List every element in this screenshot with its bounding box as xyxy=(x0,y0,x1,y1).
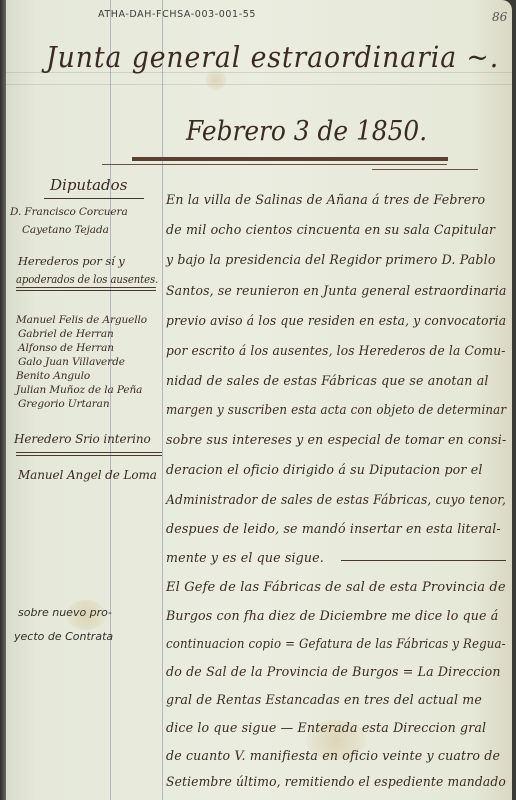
deputy-name: Cayetano Tejada xyxy=(22,224,109,236)
margin-note: yecto de Contrata xyxy=(14,630,113,643)
margin-heading-diputados: Diputados xyxy=(50,176,127,194)
margin-separator xyxy=(16,290,156,291)
document-date: Febrero 3 de 1850. xyxy=(186,116,427,147)
heirs-heading: Herederos por sí y xyxy=(18,254,125,268)
heir-name: Galo Juan Villaverde xyxy=(18,356,125,368)
body-line: de mil ocho cientos cincuenta en su sala… xyxy=(166,222,495,237)
body-line: de cuanto V. manifiesta en oficio veinte… xyxy=(166,748,500,763)
body-line: Burgos con fha diez de Diciembre me dice… xyxy=(166,608,498,623)
body-line: previo aviso á los que residen en esta, … xyxy=(166,313,506,328)
margin-note: sobre nuevo pro- xyxy=(18,606,112,619)
heir-name: Gregorio Urtaran xyxy=(18,398,110,410)
margin-separator xyxy=(16,452,162,453)
margin-heading-underline xyxy=(44,198,144,199)
margin-rule-left xyxy=(110,0,111,800)
body-line: por escrito á los ausentes, los Heredero… xyxy=(166,343,506,358)
body-line: deracion el oficio dirigido á su Diputac… xyxy=(166,462,483,477)
margin-separator xyxy=(16,455,162,456)
faint-ruling xyxy=(6,84,512,85)
heir-name: Julian Muñoz de la Peña xyxy=(16,384,142,396)
body-line: y bajo la presidencia del Regidor primer… xyxy=(166,252,496,267)
document-title: Junta general estraordinaria ~. xyxy=(46,40,451,74)
body-line: Administrador de sales de estas Fábricas… xyxy=(166,492,506,507)
body-line: sobre sus intereses y en especial de tom… xyxy=(166,432,506,447)
date-underline xyxy=(132,157,448,161)
heir-name: Benito Angulo xyxy=(16,370,90,382)
deputy-name: D. Francisco Corcuera xyxy=(10,206,128,218)
body-line: Santos, se reunieron en Junta general es… xyxy=(166,283,507,298)
secretary-heading: Heredero Srio interino xyxy=(14,432,151,446)
body-line: Setiembre último, remitiendo el espedien… xyxy=(166,774,506,789)
body-line: do de Sal de la Provincia de Burgos = La… xyxy=(166,664,501,679)
secretary-name: Manuel Angel de Loma xyxy=(18,468,157,482)
archive-reference: ATHA-DAH-FCHSA-003-001-55 xyxy=(98,9,256,20)
body-line: gral de Rentas Estancadas en tres del ac… xyxy=(166,692,482,707)
body-line: nidad de sales de estas Fábricas que se … xyxy=(166,373,489,388)
folio-number: 86 xyxy=(492,10,507,24)
body-line: dice lo que sigue — Enterada esta Direcc… xyxy=(166,720,486,735)
body-line: continuacion copio = Gefatura de las Fáb… xyxy=(166,636,506,651)
body-line: mente y es el que sigue. xyxy=(166,550,324,565)
body-line: En la villa de Salinas de Añana á tres d… xyxy=(166,192,485,207)
body-line: El Gefe de las Fábricas de sal de esta P… xyxy=(166,580,506,595)
date-underline xyxy=(102,164,447,165)
line-filler-rule xyxy=(341,560,506,561)
body-line: margen y suscriben esta acta con objeto … xyxy=(166,402,506,417)
margin-rule-right xyxy=(162,0,163,800)
heir-name: Alfonso de Herran xyxy=(18,342,114,354)
heir-name: Gabriel de Herran xyxy=(18,328,114,340)
margin-separator xyxy=(16,287,156,288)
manuscript-page: ATHA-DAH-FCHSA-003-001-55 86 Junta gener… xyxy=(6,0,512,800)
body-line: despues de leido, se mandó insertar en e… xyxy=(166,521,501,536)
date-underline xyxy=(372,169,478,170)
heirs-heading: apoderados de los ausentes. xyxy=(16,272,158,286)
heir-name: Manuel Felis de Arguello xyxy=(16,314,147,326)
